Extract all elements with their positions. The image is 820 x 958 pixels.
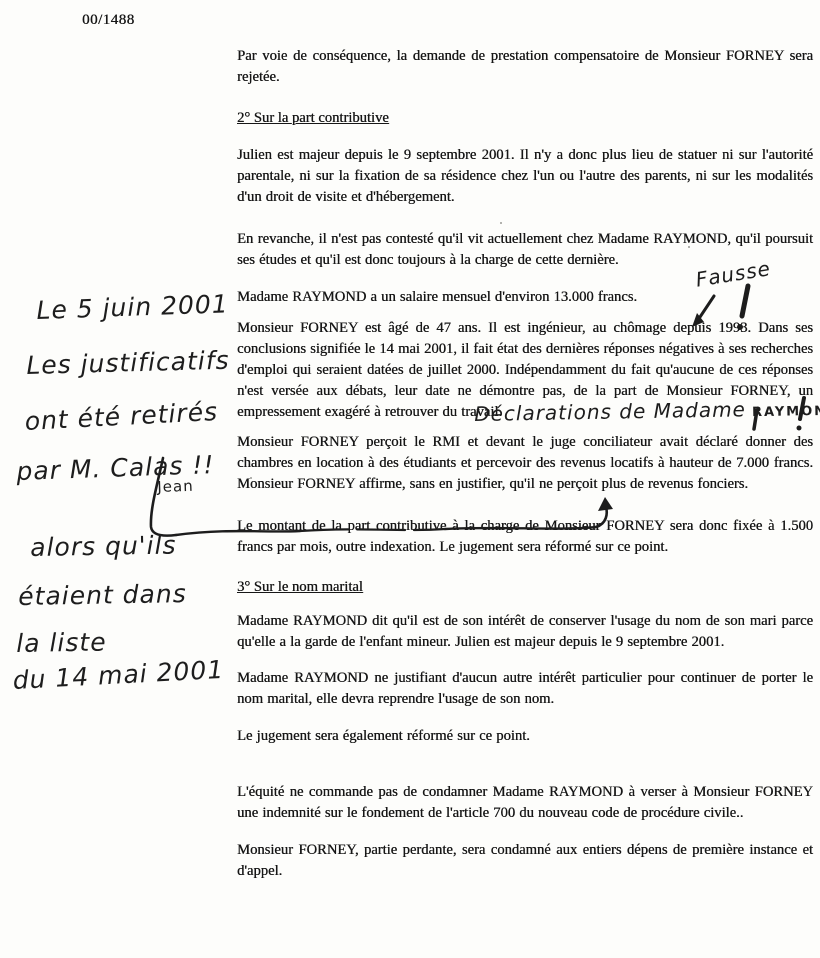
document-body: Par voie de conséquence, la demande de p… <box>237 46 813 882</box>
margin-note-line: la liste <box>16 627 107 658</box>
margin-note-line: Le 5 juin 2001 <box>36 289 229 325</box>
margin-note-signature: Jean <box>157 477 194 496</box>
paragraph: Par voie de conséquence, la demande de p… <box>237 46 813 88</box>
paragraph: Monsieur FORNEY perçoit le RMI et devant… <box>237 432 813 495</box>
scanned-court-document-page: 00/1488 Par voie de conséquence, la dema… <box>0 0 820 958</box>
margin-note-line: du 14 mai 2001 <box>12 655 225 695</box>
scan-speck <box>250 477 252 479</box>
paragraph: Madame RAYMOND ne justifiant d'aucun aut… <box>237 668 813 710</box>
margin-note-line: alors qu'ils <box>30 530 177 562</box>
paragraph: Julien est majeur depuis le 9 septembre … <box>237 145 813 208</box>
section-heading-part-contributive: 2° Sur la part contributive <box>237 108 813 129</box>
case-number: 00/1488 <box>82 12 135 29</box>
section-heading-nom-marital: 3° Sur le nom marital <box>237 577 813 598</box>
margin-note-line: étaient dans <box>18 579 187 611</box>
interline-annotation-caps: RAYMOND <box>752 404 820 421</box>
margin-note-line: ont été retirés <box>24 397 219 436</box>
paragraph: Le montant de la part contributive à la … <box>237 516 813 558</box>
paragraph: Madame RAYMOND a un salaire mensuel d'en… <box>237 287 813 308</box>
interline-annotation-script: Déclarations de Madame <box>474 397 746 426</box>
paragraph: L'équité ne commande pas de condamner Ma… <box>237 782 813 824</box>
paragraph: Le jugement sera également réformé sur c… <box>237 726 813 747</box>
paragraph: Monsieur FORNEY, partie perdante, sera c… <box>237 840 813 882</box>
scan-speck <box>688 246 690 248</box>
paragraph: Madame RAYMOND dit qu'il est de son inté… <box>237 611 813 653</box>
scan-speck <box>500 222 502 224</box>
scan-speck <box>455 240 459 241</box>
margin-note-line: Les justificatifs <box>26 346 230 380</box>
